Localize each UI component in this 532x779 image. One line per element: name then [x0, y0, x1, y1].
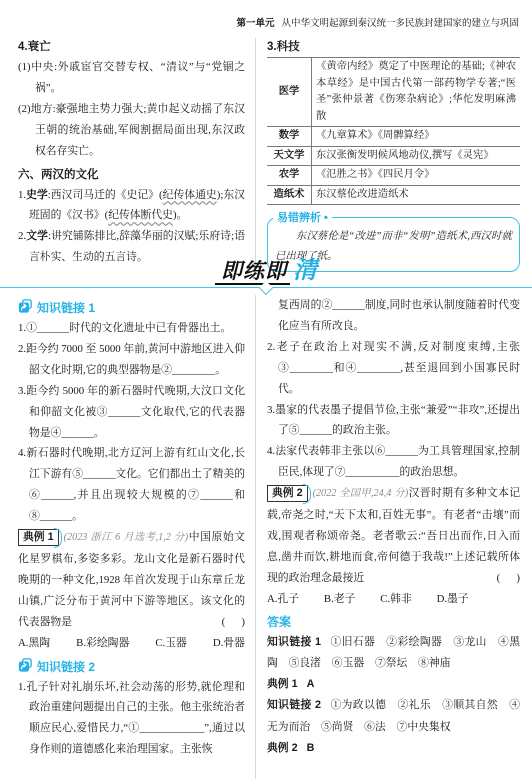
error-analysis-label-text: 易错辨析: [277, 212, 321, 224]
summary-section: 4.衰亡 (1)中央:外戚宦官交替专权、“清议”与“党锢之祸”。 (2)地方:豪…: [18, 38, 520, 272]
example-1-options: A.黑陶 B.彩绘陶器 C.玉器 D.骨器: [18, 633, 245, 654]
science-content: 《氾胜之书》《四民月令》: [312, 166, 521, 186]
science-content: 东汉张衡发明候风地动仪,撰写《灵宪》: [312, 146, 521, 166]
link-icon: [18, 299, 32, 316]
error-analysis-label: 易错辨析•: [273, 209, 332, 225]
answer-bracket: ( ): [497, 568, 520, 589]
summary-left-column: 4.衰亡 (1)中央:外戚宦官交替专权、“清议”与“党锢之祸”。 (2)地方:豪…: [18, 38, 255, 272]
banner-text-cyan: 清: [293, 257, 317, 284]
running-head: 第一单元从中华文明起源到秦汉统一多民族封建国家的建立与巩固: [0, 15, 519, 29]
science-field: 农学: [267, 166, 312, 186]
answer-value: A: [307, 678, 315, 690]
summary-right-column: 3.科技 医学 《黄帝内经》奠定了中医理论的基础;《神农本草经》是中国古代第一部…: [255, 38, 520, 272]
decline-item-local: (2)地方:豪强地主势力强大;黄巾起义动摇了东汉王朝的统治基础,军阀割据局面出现…: [18, 99, 245, 162]
practice-right-column: 复西周的②______制度,同时也承认制度随着时代变化应当有所改良。 2.老子在…: [255, 295, 520, 779]
example-1-source: (2023 浙江 6 月选考,1,2 分): [64, 532, 189, 543]
science-field: 造纸术: [267, 185, 312, 205]
decline-title: 4.衰亡: [18, 38, 245, 54]
kl1-question-3: 3.距今约 5000 年的新石器时代晚期,大汶口文化和仰韶文化被③______文…: [18, 381, 245, 444]
decline-item-central: (1)中央:外戚宦官交替专权、“清议”与“党锢之祸”。: [18, 57, 245, 99]
literature-label: 文学: [26, 230, 48, 242]
unit-label: 第一单元: [236, 18, 274, 29]
banner-text-black: 即练即: [215, 260, 290, 285]
knowledge-link-1-title: 知识链接 1: [37, 299, 95, 316]
kl2-question-3: 3.墨家的代表墨子提倡节俭,主张“兼爱”“非攻”,还提出了⑤______的政治主…: [267, 400, 520, 442]
answers-title: 答案: [267, 613, 520, 630]
section-divider: [0, 287, 532, 288]
table-row: 天文学 东汉张衡发明候风地动仪,撰写《灵宪》: [267, 146, 520, 166]
example-2-options: A.孔子 B.老子 C.韩非 D.墨子: [267, 589, 520, 610]
kl2-question-2: 2.老子在政治上对现实不满,反对制度束缚,主张③________和④______…: [267, 337, 520, 400]
answer-line-kl1: 知识链接 1①旧石器 ②彩绘陶器 ③龙山 ④黑陶 ⑤良渚 ⑥玉器 ⑦祭坛 ⑧神庙: [267, 632, 520, 675]
kl2-question-4: 4.法家代表韩非主张以⑥______为工具管理国家,控制臣民,体现了⑦_____…: [267, 441, 520, 483]
science-field: 数学: [267, 127, 312, 147]
knowledge-link-1-header: 知识链接 1: [18, 299, 245, 316]
answer-label: 知识链接 1: [267, 636, 321, 648]
kl2-question-1: 1.孔子针对礼崩乐坏,社会动荡的形势,就伦理和政治重建问题提出自己的主张。他主张…: [18, 677, 245, 761]
workbook-page: 第一单元从中华文明起源到秦汉统一多民族封建国家的建立与巩固 4.衰亡 (1)中央…: [0, 0, 532, 779]
table-row: 医学 《黄帝内经》奠定了中医理论的基础;《神农本草经》是中国古代第一部药物学专著…: [267, 58, 520, 127]
science-content: 东汉蔡伦改进造纸术: [312, 185, 521, 205]
table-row: 造纸术 东汉蔡伦改进造纸术: [267, 185, 520, 205]
science-field: 天文学: [267, 146, 312, 166]
kl1-question-2: 2.距今约 7000 至 5000 年前,黄河中游地区进入仰韶文化时期,它的典型…: [18, 339, 245, 381]
science-content: 《黄帝内经》奠定了中医理论的基础;《神农本草经》是中国古代第一部药物学专著;“医…: [312, 58, 521, 127]
practice-left-column: 知识链接 1 1.①______时代的文化遗址中已有骨器出土。 2.距今约 70…: [18, 295, 255, 779]
option-a: A.黑陶: [18, 633, 50, 654]
wavy-term-biographic-dynastic: 纪传体断代史: [108, 209, 173, 221]
answer-value: B: [307, 742, 315, 754]
science-field: 医学: [267, 58, 312, 127]
history-text-end: )。: [173, 209, 187, 221]
item-number: 1.: [18, 189, 26, 201]
history-label: 史学: [26, 189, 48, 201]
item-number: 2.: [18, 230, 26, 242]
science-content: 《九章算术》《周髀算经》: [312, 127, 521, 147]
option-d: D.墨子: [437, 589, 469, 610]
example-2: 典例 2(2022 全国甲,24,4 分)汉晋时期有多种文本记载,帝尧之时,“天…: [267, 483, 520, 589]
kl2-question-1-continued: 复西周的②______制度,同时也承认制度随着时代变化应当有所改良。: [267, 295, 520, 337]
kl1-question-4: 4.新石器时代晚期,北方辽河上游有红山文化,长江下游有⑤______文化。它们都…: [18, 443, 245, 527]
option-b: B.老子: [324, 589, 356, 610]
bullet-icon: •: [324, 212, 328, 224]
practice-section: 知识链接 1 1.①______时代的文化遗址中已有骨器出土。 2.距今约 70…: [18, 295, 520, 779]
example-2-source: (2022 全国甲,24,4 分): [313, 488, 409, 499]
answer-label: 典例 2: [267, 742, 298, 754]
answer-line-kl2: 知识链接 2①为政以德 ②礼乐 ③顺其自然 ④无为而治 ⑤尚贤 ⑥法 ⑦中央集权: [267, 695, 520, 738]
answer-label: 知识链接 2: [267, 699, 321, 711]
table-row: 数学 《九章算术》《周髀算经》: [267, 127, 520, 147]
option-a: A.孔子: [267, 589, 299, 610]
culture-history-line: 1.史学:西汉司马迁的《史记》(纪传体通史);东汉班固的《汉书》(纪传体断代史)…: [18, 185, 245, 227]
science-table: 医学 《黄帝内经》奠定了中医理论的基础;《神农本草经》是中国古代第一部药物学专著…: [267, 57, 520, 205]
link-icon: [18, 658, 32, 675]
science-title: 3.科技: [267, 38, 520, 54]
unit-title: 从中华文明起源到秦汉统一多民族封建国家的建立与巩固: [281, 19, 519, 29]
knowledge-link-2-header: 知识链接 2: [18, 658, 245, 675]
practice-banner: 即练即清: [0, 250, 532, 285]
table-row: 农学 《氾胜之书》《四民月令》: [267, 166, 520, 186]
example-1-label: 典例 1: [18, 529, 59, 546]
example-1: 典例 1(2023 浙江 6 月选考,1,2 分)中国原始文化星罗棋布,多姿多彩…: [18, 527, 245, 633]
option-c: C.玉器: [155, 633, 187, 654]
answer-line-ex2: 典例 2B: [267, 738, 520, 759]
example-2-label: 典例 2: [267, 485, 308, 502]
answer-bracket: ( ): [222, 612, 245, 633]
culture-title: 六、两汉的文化: [18, 166, 245, 182]
history-text: :西汉司马迁的《史记》(: [48, 189, 163, 201]
kl1-question-1: 1.①______时代的文化遗址中已有骨器出土。: [18, 318, 245, 339]
option-c: C.韩非: [380, 589, 412, 610]
answer-label: 典例 1: [267, 678, 298, 690]
wavy-term-biographic-general: 纪传体通史: [163, 189, 217, 201]
option-d: D.骨器: [213, 633, 245, 654]
answer-line-ex1: 典例 1A: [267, 674, 520, 695]
knowledge-link-2-title: 知识链接 2: [37, 658, 95, 675]
option-b: B.彩绘陶器: [76, 633, 129, 654]
